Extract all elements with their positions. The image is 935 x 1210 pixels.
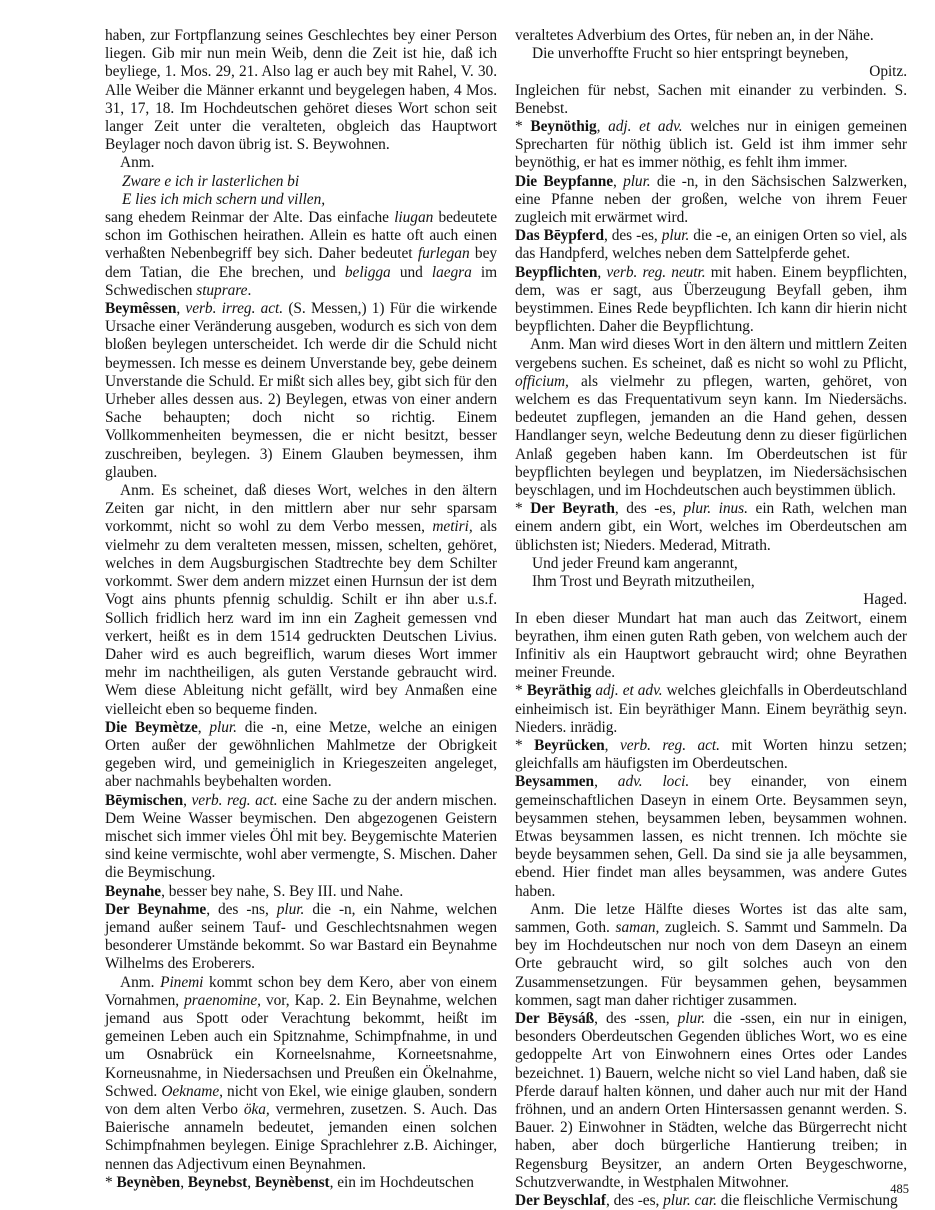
text-run: die -ssen, ein nur in einigen, besonders… [515,1010,907,1191]
entry-beyrath: * Der Beyrath, des -es, plur. inus. ein … [515,500,907,555]
text-run: Anm. [120,154,154,171]
entry-beynoethig: * Beynöthig, adj. et adv. welches nur in… [515,118,907,173]
text-columns: haben, zur Fortpflanzung seines Geschlec… [105,27,907,1210]
text-run: Der Beyrath [530,500,615,517]
text-run: Der Beyschlaf [515,1192,606,1209]
text-run: als vielmehr zu dem veralteten messen, m… [105,518,497,717]
text-run: * [105,1174,116,1191]
right-column: veraltetes Adverbium des Ortes, für nebe… [515,27,907,1210]
text-run: * [515,682,527,699]
verse-line: Zware e ich ir lasterlichen bi [122,173,497,191]
text-run: officium, [515,373,569,390]
left-column: haben, zur Fortpflanzung seines Geschlec… [105,27,497,1210]
entry-beymetze: Die Beymètze, plur. die -n, eine Metze, … [105,719,497,792]
text-run: die fleischliche Vermischung [717,1192,898,1209]
entry-continuation-beyliegen: haben, zur Fortpflanzung seines Geschlec… [105,27,497,154]
entry-beyneben: * Beynèben, Beynebst, Beynèbenst, ein im… [105,1174,497,1192]
text-run: Beyräthig [527,682,592,699]
annotation-beypflichten: Anm. Man wird dieses Wort in den ältern … [515,336,907,500]
entry-beynahme: Der Beynahme, des -ns, plur. die -n, ein… [105,901,497,974]
text-run: sang ehedem Reinmar der Alte. Das einfac… [105,209,394,226]
text-run: Der Beynahme [105,901,206,918]
text-run: Beynèbenst [255,1174,330,1191]
text-run: * [515,118,530,135]
text-run: adj. et adv. [595,682,662,699]
text-run: adj. et adv. [608,118,682,135]
text-run: Beypflichten [515,264,597,281]
text-run: bey einander, von einem gemeinschaftlich… [515,773,907,899]
entry-beymischen: Bēymischen, verb. reg. act. eine Sache z… [105,792,497,883]
page-number: 485 [890,1182,909,1197]
entry-beypflichten: Beypflichten, verb. reg. neutr. mit habe… [515,264,907,337]
text-run: Ihm Trost und Beyrath mitzutheilen, [532,573,755,590]
entry-continuation-beyneben: veraltetes Adverbium des Ortes, für nebe… [515,27,907,45]
entry-beymessen: Beymêssen, verb. irreg. act. (S. Messen,… [105,300,497,482]
text-run: Die Beypfanne [515,173,613,190]
annotation-beysammen: Anm. Die letze Hälfte dieses Wortes ist … [515,901,907,1010]
text-run: plur. [678,1010,706,1027]
text-run: liugan [394,209,433,226]
text-run: verb. reg. neutr. [606,264,705,281]
text-run: als vielmehr zu pflegen, warten, gehöret… [515,373,907,499]
text-run: Anm. Man wird dieses Wort in den ältern … [515,336,907,371]
text-run: beligga [345,264,391,281]
annotation-continuation: sang ehedem Reinmar der Alte. Das einfac… [105,209,497,300]
text-run: Beynebst [188,1174,247,1191]
text-run: Beysammen [515,773,594,790]
text-run: , [183,792,191,809]
text-run: verb. irreg. act. [185,300,283,317]
text-run: verb. reg. act. [620,737,720,754]
text-run: Der Bēysáß [515,1010,594,1027]
text-run: Beynèben [116,1174,180,1191]
text-run: , [594,773,618,790]
text-run: , [605,737,620,754]
text-run: metiri, [432,518,472,535]
text-run: Opitz. [869,63,907,80]
text-run: laegra [432,264,472,281]
text-run: plur. [209,719,237,736]
text-run: adv. loci. [618,773,689,790]
text-run: Die Beymètze [105,719,198,736]
text-run: Anm. [120,974,160,991]
text-run: , [597,118,609,135]
text-run: Bēymischen [105,792,183,809]
attribution-opitz: Opitz. [515,63,907,81]
text-run: E lies ich mich schern und villen, [122,191,325,208]
text-run: veraltetes Adverbium des Ortes, für nebe… [515,27,874,44]
text-run: plur. car. [663,1192,717,1209]
text-run: Zware e ich ir lasterlichen bi [122,173,299,190]
text-run: Das Bēypferd [515,227,604,244]
text-run: plur. [277,901,305,918]
text-run: plur. [662,227,690,244]
annotation-beymessen: Anm. Es scheinet, daß dieses Wort, welch… [105,482,497,719]
text-run: plur. [623,173,651,190]
text-run: , ein im Hochdeutschen [330,1174,474,1191]
text-run: (S. Messen,) 1) Für die wirkende Ursache… [105,300,497,481]
text-run: Oekname, [161,1083,223,1100]
text-run: Die unverhoffte Frucht so hier entspring… [532,45,848,62]
annotation-heading: Anm. [105,154,497,172]
text-run: und [391,264,432,281]
text-run: * [515,737,534,754]
text-run: , des -es, [606,1192,663,1209]
text-run: , des -es, [615,500,684,517]
entry-beynahe: Beynahe, besser bey nahe, S. Bey III. un… [105,883,497,901]
text-run: verb. reg. act. [192,792,278,809]
text-run: haben, zur Fortpflanzung seines Geschlec… [105,27,497,153]
text-run: , [247,1174,255,1191]
entry-continuation: Ingleichen für nebst, Sachen mit einande… [515,82,907,118]
entry-beypfanne: Die Beypfanne, plur. die -n, in den Säch… [515,173,907,228]
text-run: Und jeder Freund kam angerannt, [532,555,738,572]
text-run: , des -ns, [206,901,277,918]
text-run: , [597,264,606,281]
text-run: , des -ssen, [594,1010,678,1027]
text-run: Pinemi [160,974,203,991]
entry-continuation-beyrath: In eben dieser Mundart hat man auch das … [515,610,907,683]
text-run: Haged. [863,591,907,608]
entry-beyraethig: * Beyräthig adj. et adv. welches gleichf… [515,682,907,737]
entry-beyruecken: * Beyrücken, verb. reg. act. mit Worten … [515,737,907,773]
text-run: Beynahe [105,883,161,900]
text-run: saman, [616,919,660,936]
text-run: furlegan [418,245,470,262]
entry-beypferd: Das Bēypferd, des -es, plur. die -e, an … [515,227,907,263]
text-run: , [198,719,210,736]
entry-beyschlaf: Der Beyschlaf, des -es, plur. car. die f… [515,1192,907,1210]
text-run: öka, [244,1101,270,1118]
text-run: Ingleichen für nebst, Sachen mit einande… [515,82,907,117]
text-run: plur. inus. [684,500,748,517]
attribution-haged: Haged. [515,591,907,609]
text-run: . [247,282,251,299]
verse-line: Die unverhoffte Frucht so hier entspring… [532,45,907,63]
text-run: , [613,173,623,190]
entry-beysammen: Beysammen, adv. loci. bey einander, von … [515,773,907,900]
text-run: , besser bey nahe, S. Bey III. und Nahe. [161,883,403,900]
annotation-beynahme: Anm. Pinemi kommt schon bey dem Kero, ab… [105,974,497,1174]
text-run: Beyrücken [534,737,605,754]
text-run: Beynöthig [530,118,596,135]
text-run: praenomine, [184,992,261,1009]
text-run: In eben dieser Mundart hat man auch das … [515,610,907,682]
text-run: , des -es, [604,227,662,244]
verse-line: E lies ich mich schern und villen, [122,191,497,209]
entry-beysass: Der Bēysáß, des -ssen, plur. die -ssen, … [515,1010,907,1192]
text-run: * [515,500,530,517]
text-run: , [180,1174,188,1191]
text-run: Beymêssen [105,300,176,317]
text-run: stuprare [196,282,247,299]
verse-line: Ihm Trost und Beyrath mitzutheilen, [532,573,907,591]
verse-line: Und jeder Freund kam angerannt, [532,555,907,573]
